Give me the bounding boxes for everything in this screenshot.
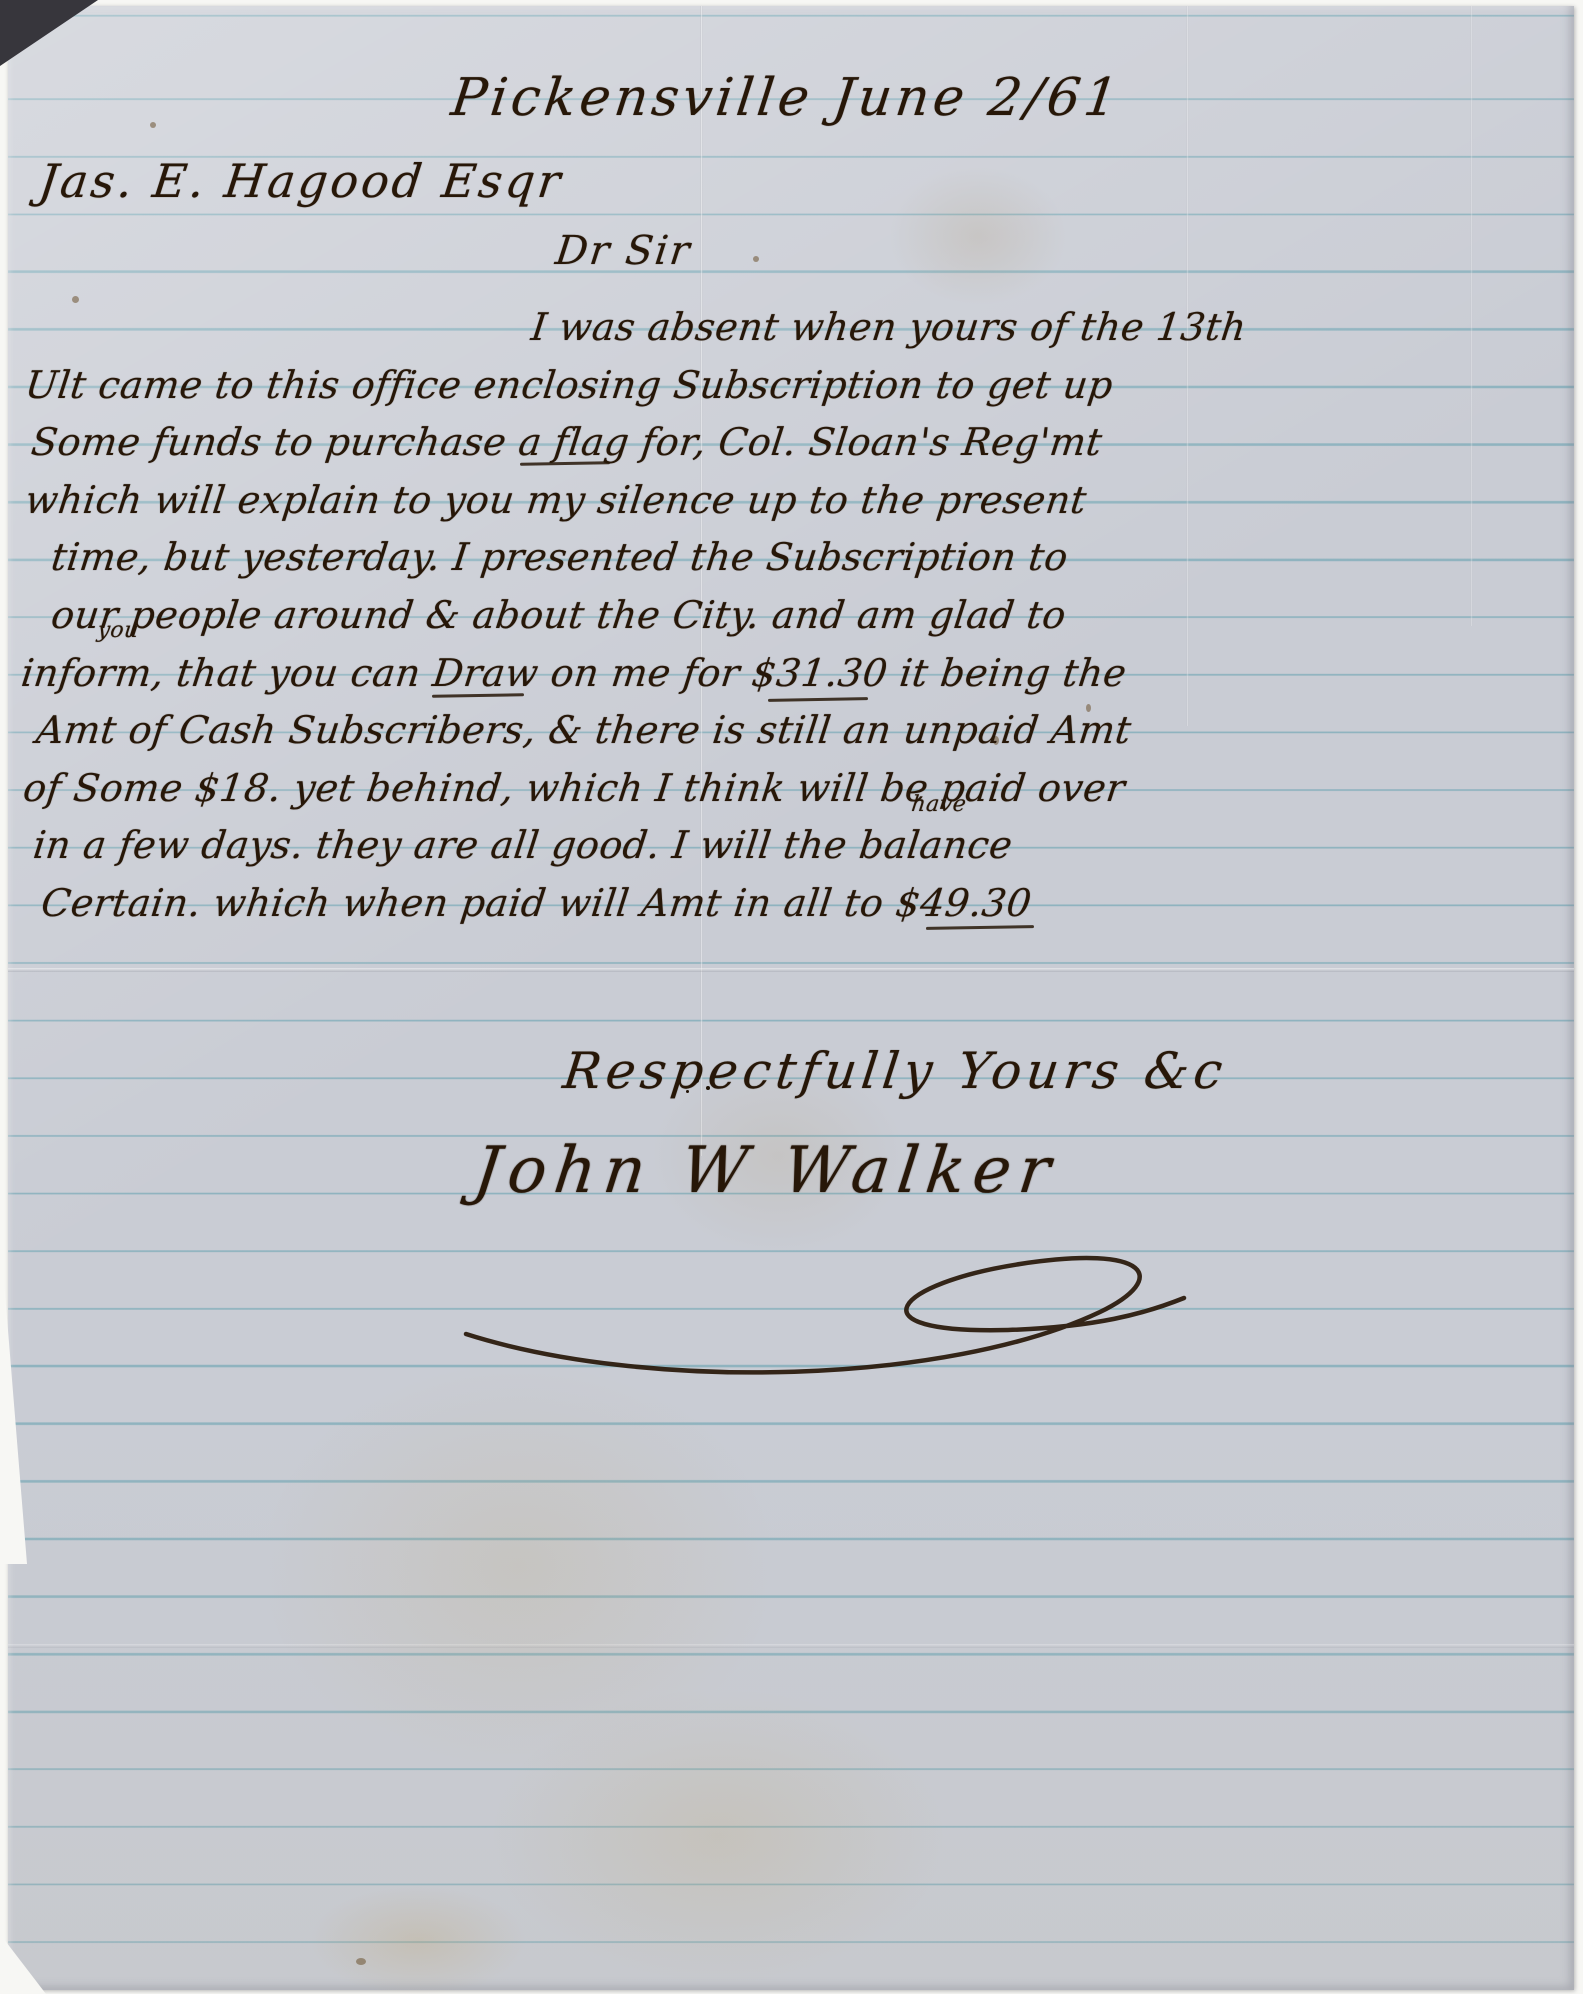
ink-speck (72, 296, 79, 303)
ink-speck (356, 1958, 366, 1965)
ink-spatter-dot (686, 1090, 689, 1093)
ink-speck (753, 256, 759, 262)
vertical-fold-crease (1186, 6, 1189, 726)
horizontal-fold-crease (8, 1644, 1574, 1648)
letter-place-date: Pickensville June 2/61 (448, 68, 1125, 128)
ink-spatter-dot (706, 1086, 710, 1090)
letter-body-line: Certain. which when paid will Amt in all… (38, 874, 1035, 932)
letter-recipient: Jas. E. Hagood Esqr (36, 154, 566, 208)
paper-stain (488, 1686, 948, 1986)
scanned-letter-page: Pickensville June 2/61 Jas. E. Hagood Es… (0, 0, 1583, 1994)
paper-stain (258, 1356, 778, 1776)
ink-speck (150, 122, 156, 128)
letter-body-line: our people around & about the City. and … (48, 586, 1069, 644)
horizontal-fold-crease (8, 968, 1574, 972)
letter-body-line: in a few days. they are all good. I will… (30, 816, 1016, 874)
paper-stain (308, 1886, 528, 1994)
letter-body-line: which will explain to you my silence up … (22, 471, 1090, 529)
letter-body-line: inform, that you can Draw on me for $31.… (18, 644, 1130, 702)
paper-stain (888, 166, 1068, 306)
vertical-fold-crease (1470, 6, 1473, 626)
letter-closing: Respectfully Yours &c (560, 1042, 1230, 1100)
letter-body-line: Amt of Cash Subscribers, & there is stil… (33, 701, 1135, 759)
ink-spatter-dot (694, 1078, 699, 1083)
insertion-word-have: have (910, 792, 968, 817)
letter-signature: John W Walker (470, 1134, 1062, 1208)
letter-body-line: Ult came to this office enclosing Subscr… (22, 356, 1116, 414)
letter-body-line: I was absent when yours of the 13th (528, 298, 1250, 356)
signature-flourish (428, 1234, 1218, 1394)
letter-paper: Pickensville June 2/61 Jas. E. Hagood Es… (8, 6, 1574, 1990)
letter-body-line: time, but yesterday. I presented the Sub… (48, 528, 1071, 586)
insertion-word-you: you (96, 618, 140, 643)
letter-salutation: Dr Sir (553, 228, 694, 274)
